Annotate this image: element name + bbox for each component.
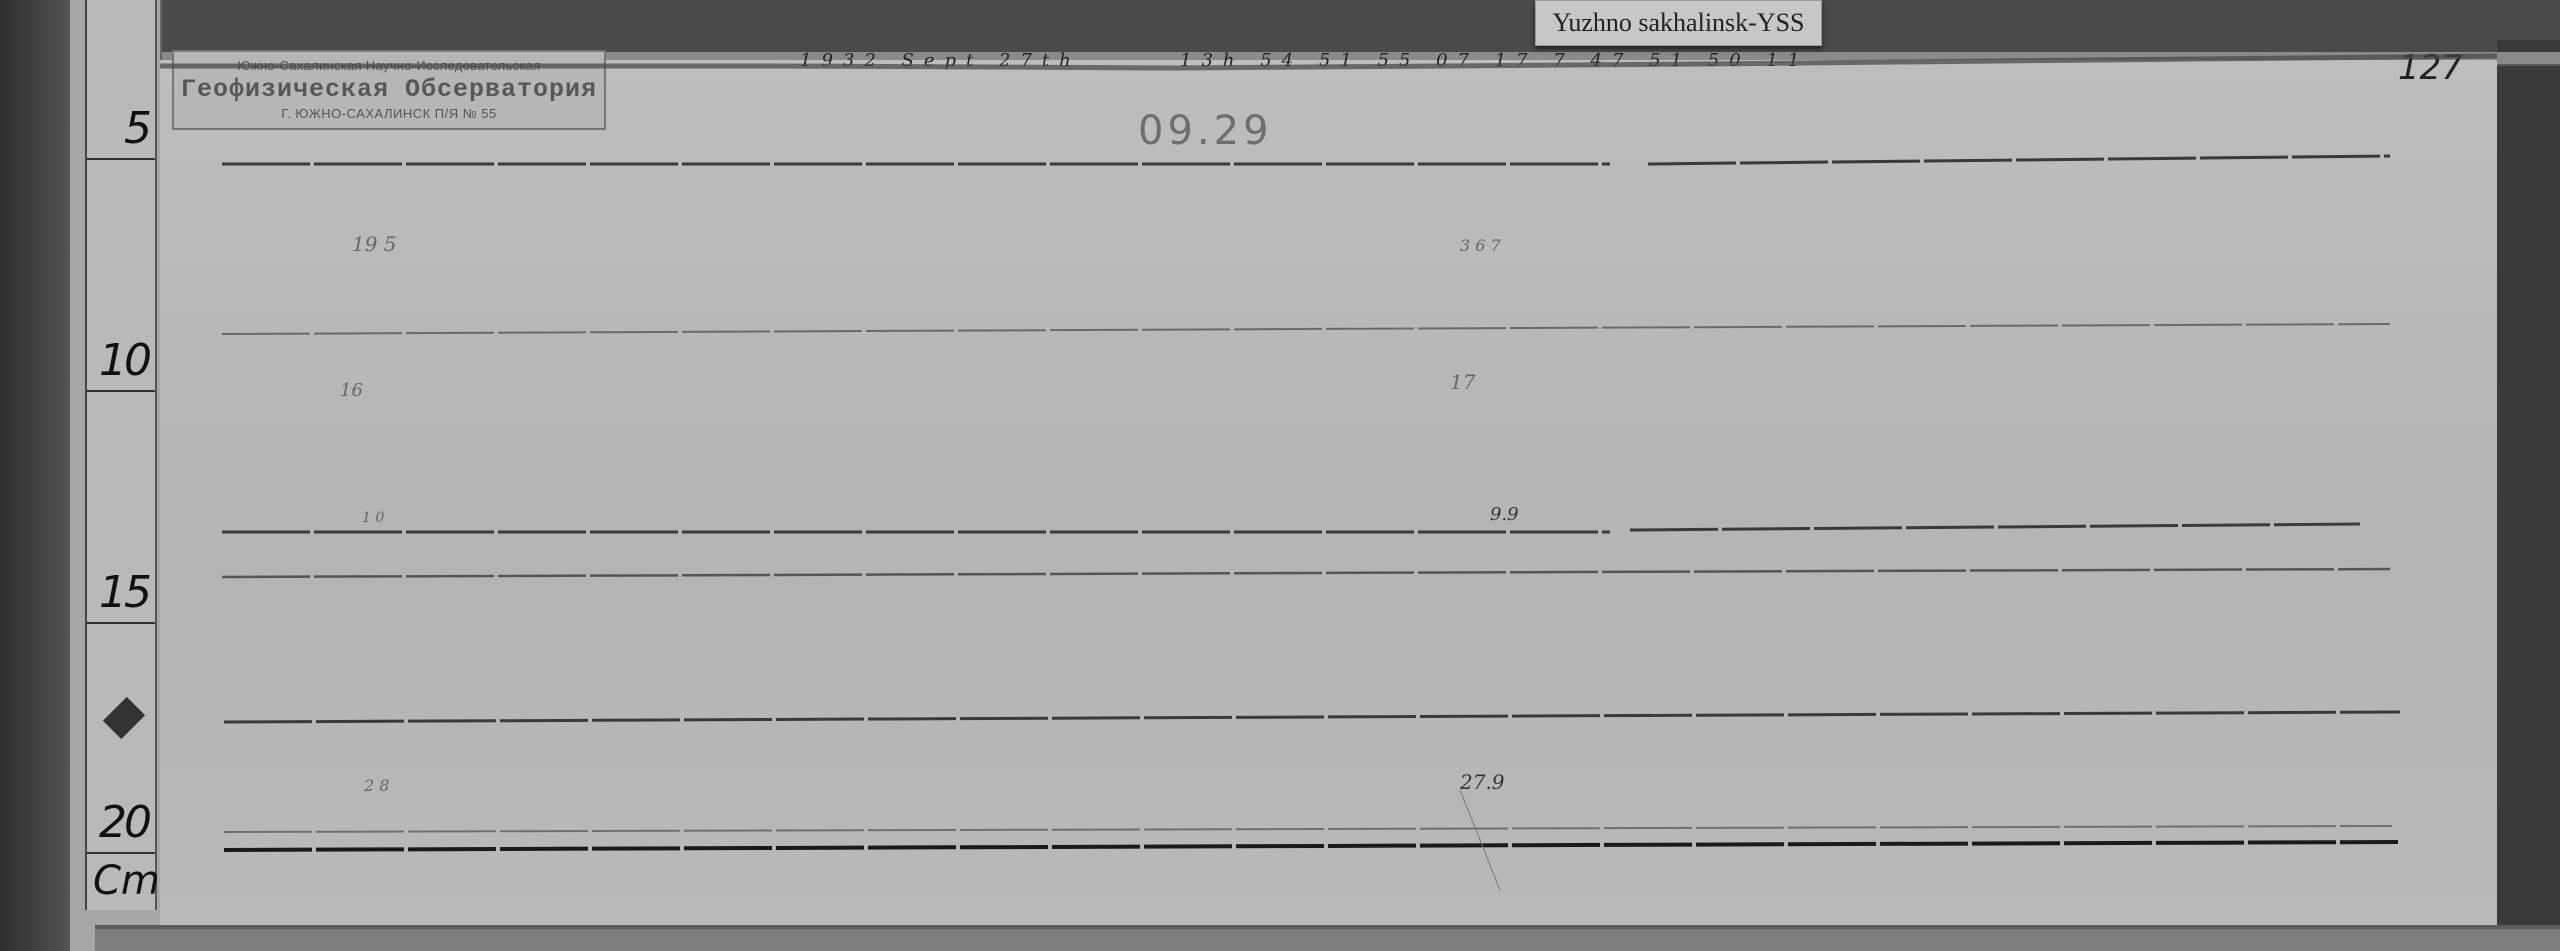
seismogram-traces [0, 0, 2560, 951]
annotation-r2-left: 16 [340, 380, 363, 401]
annotation-r4-center: 27.9 [1460, 770, 1505, 794]
annotation-r2-center: 17 [1450, 370, 1475, 394]
annotation-r3-left: 1 0 [362, 510, 384, 526]
annotation-r1-center: 3 6 7 [1460, 236, 1501, 255]
annotation-r1-left: 19 5 [352, 232, 397, 256]
annotation-r4-left: 2 8 [364, 776, 389, 795]
paper-bottom-rail [95, 925, 2560, 951]
annotation-r3-center: 9.9 [1490, 504, 1519, 525]
